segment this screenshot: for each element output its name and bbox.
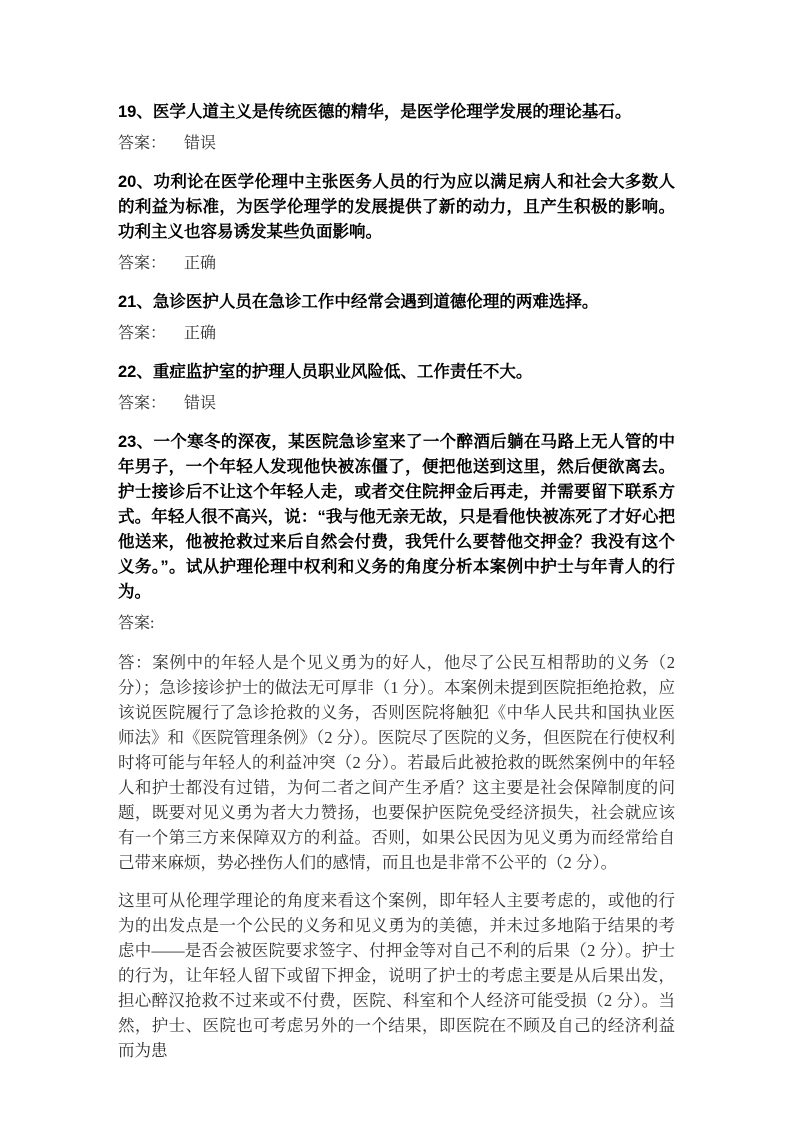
answer-23-paragraph-2: 这里可从伦理学理论的角度来看这个案例，即年轻人主要考虑的，或他的行为的出发点是一… [118, 888, 675, 1063]
answer-19-label: 答案： [118, 135, 166, 152]
answer-20: 答案：正确 [118, 251, 675, 276]
answer-21: 答案：正确 [118, 321, 675, 346]
answer-23-label: 答案: [118, 615, 154, 632]
question-block-21: 21、急诊医护人员在急诊工作中经常会遇到道德伦理的两难选择。 答案：正确 [118, 290, 675, 346]
answer-21-label: 答案： [118, 325, 166, 342]
question-block-19: 19、医学人道主义是传统医德的精华，是医学伦理学发展的理论基石。 答案：错误 [118, 100, 675, 156]
question-block-22: 22、重症监护室的护理人员职业风险低、工作责任不大。 答案：错误 [118, 360, 675, 416]
question-22-text: 22、重症监护室的护理人员职业风险低、工作责任不大。 [118, 360, 675, 385]
answer-20-value: 正确 [184, 255, 216, 272]
question-20-text: 20、功利论在医学伦理中主张医务人员的行为应以满足病人和社会大多数人的利益为标准… [118, 170, 675, 245]
answer-21-value: 正确 [184, 325, 216, 342]
answer-19: 答案：错误 [118, 131, 675, 156]
question-19-text: 19、医学人道主义是传统医德的精华，是医学伦理学发展的理论基石。 [118, 100, 675, 125]
document-page: 19、医学人道主义是传统医德的精华，是医学伦理学发展的理论基石。 答案：错误 2… [0, 0, 793, 1122]
document-content: 19、医学人道主义是传统医德的精华，是医学伦理学发展的理论基石。 答案：错误 2… [0, 0, 793, 1063]
answer-23-paragraph-1: 答：案例中的年轻人是个见义勇为的好人，他尽了公民互相帮助的义务（2 分）；急诊接… [118, 650, 675, 875]
answer-22-label: 答案： [118, 395, 166, 412]
answer-22-value: 错误 [184, 395, 216, 412]
answer-23: 答案: [118, 611, 675, 636]
answer-20-label: 答案： [118, 255, 166, 272]
answer-19-value: 错误 [184, 135, 216, 152]
answer-22: 答案：错误 [118, 391, 675, 416]
question-23-text: 23、一个寒冬的深夜，某医院急诊室来了一个醉酒后躺在马路上无人管的中年男子，一个… [118, 430, 675, 605]
question-21-text: 21、急诊医护人员在急诊工作中经常会遇到道德伦理的两难选择。 [118, 290, 675, 315]
question-block-23: 23、一个寒冬的深夜，某医院急诊室来了一个醉酒后躺在马路上无人管的中年男子，一个… [118, 430, 675, 1063]
question-block-20: 20、功利论在医学伦理中主张医务人员的行为应以满足病人和社会大多数人的利益为标准… [118, 170, 675, 276]
